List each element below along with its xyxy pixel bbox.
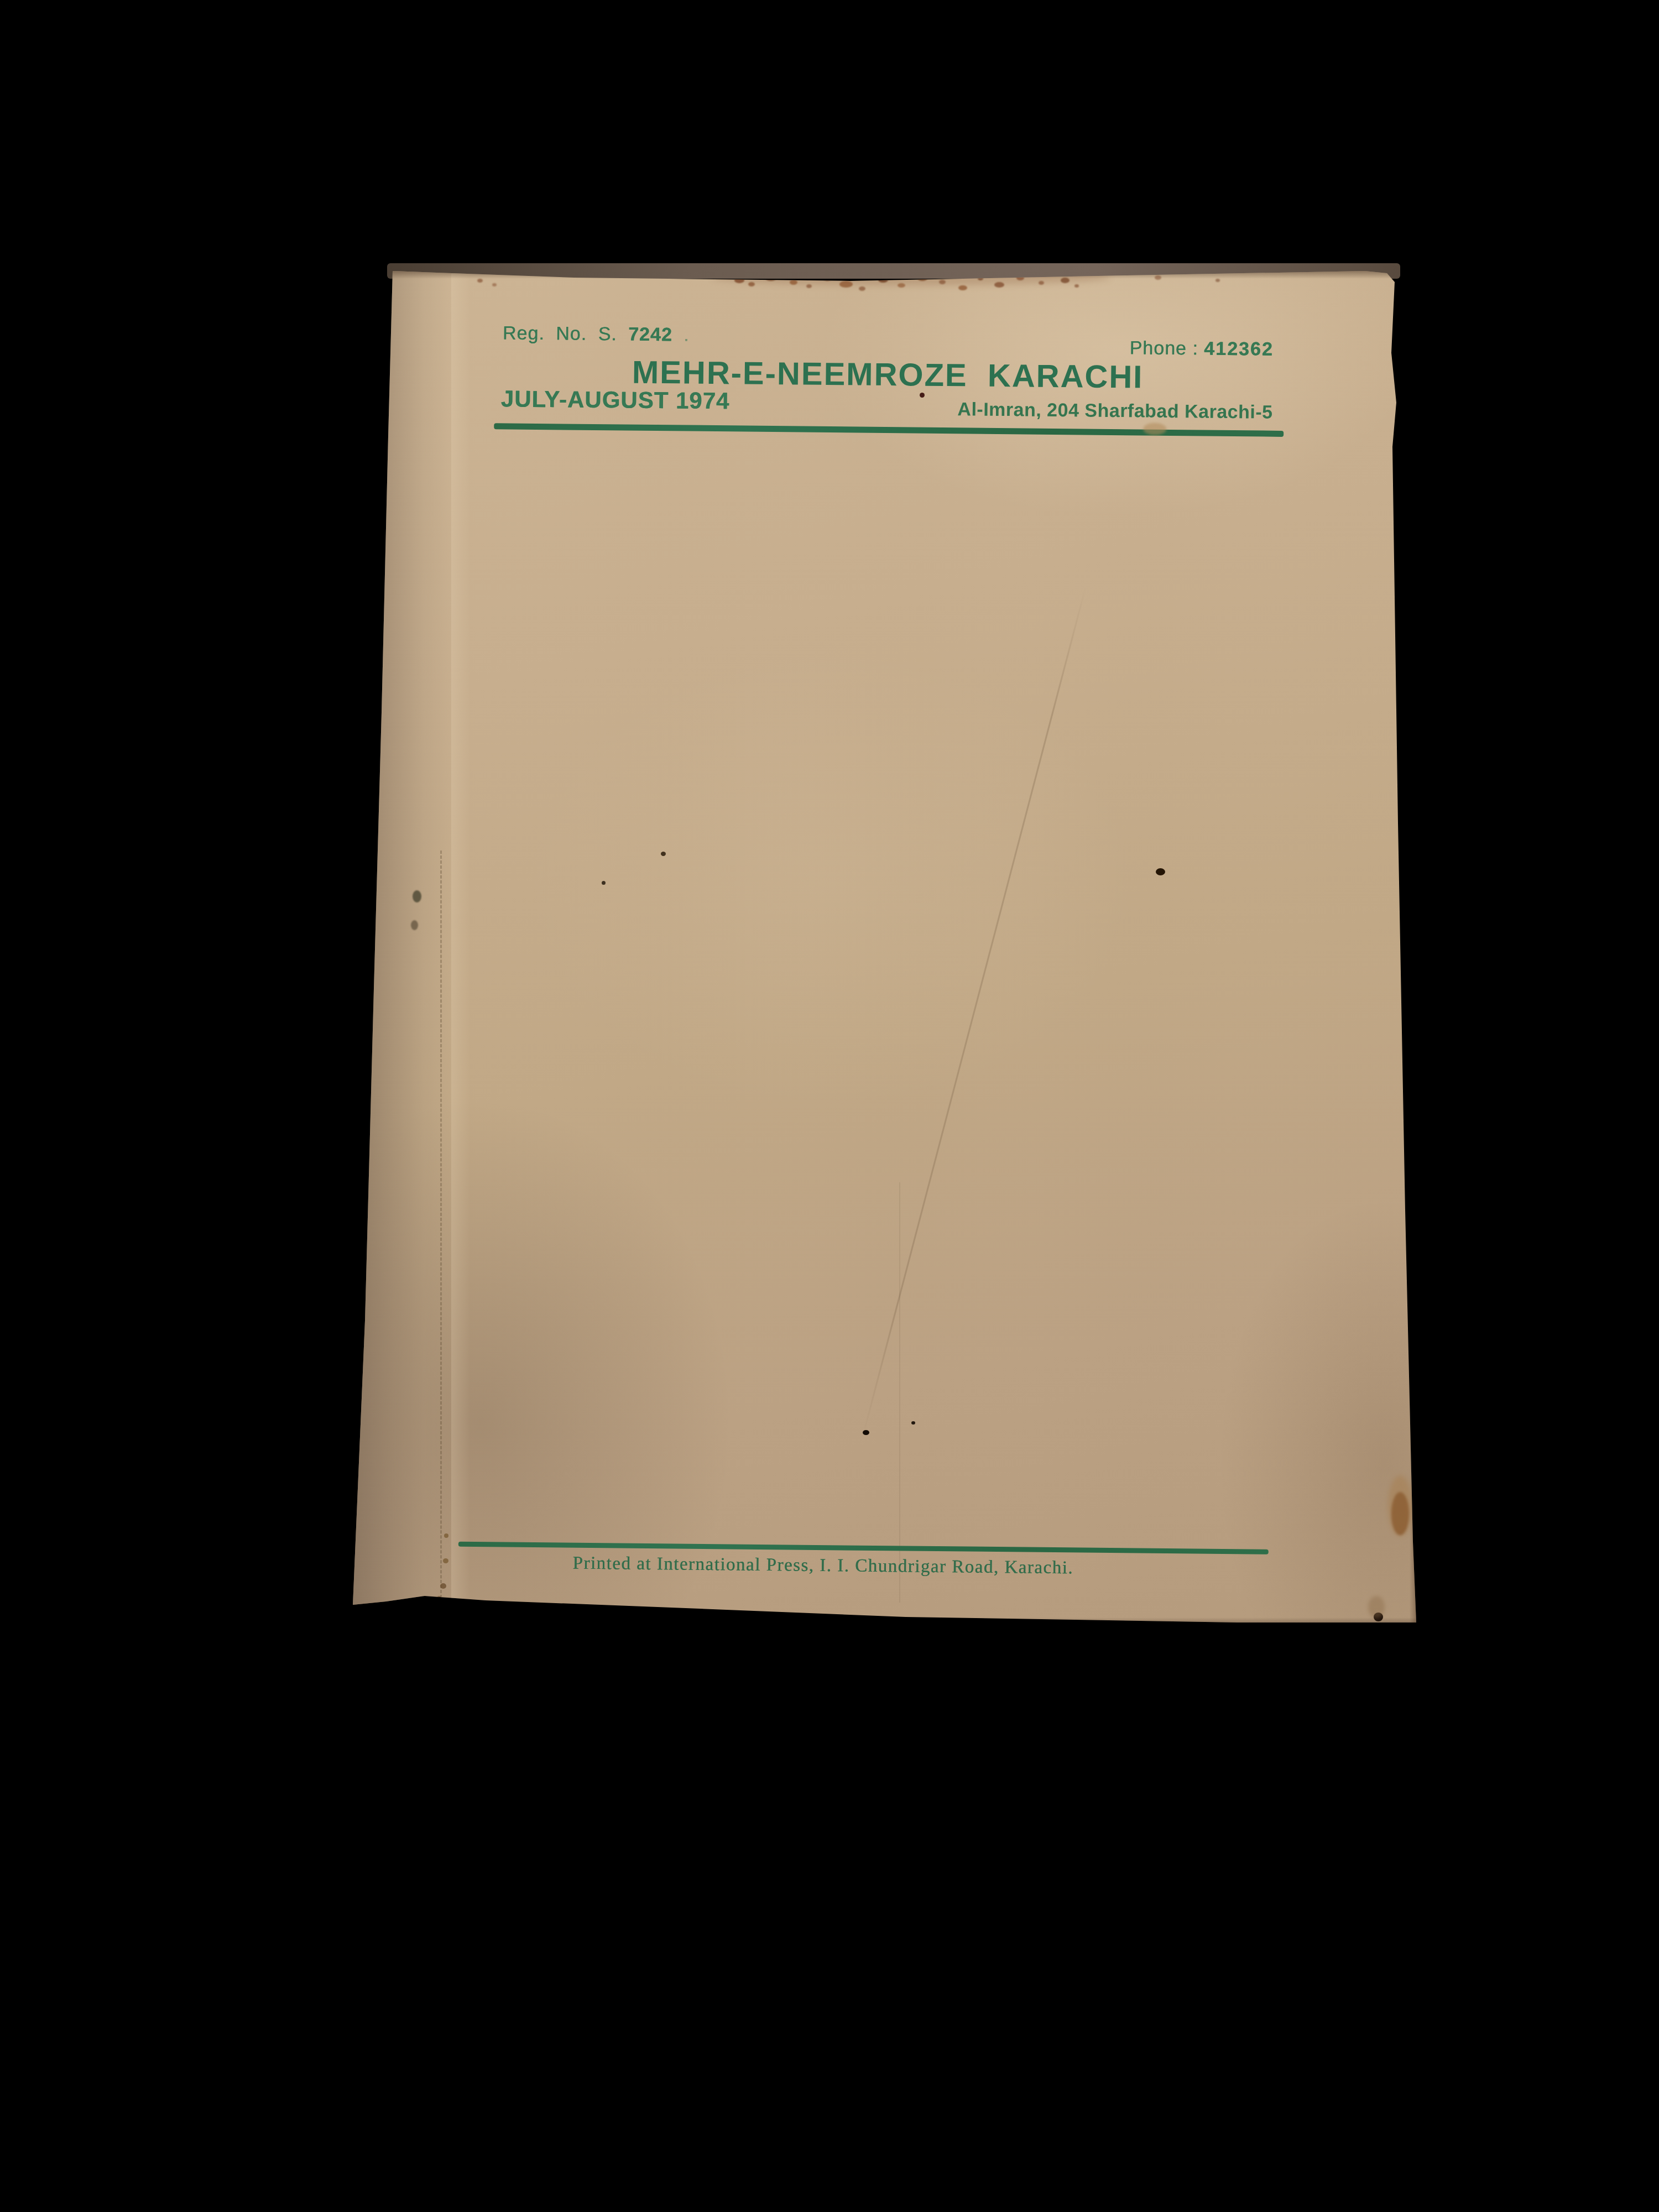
page-right-edge-shadow	[1410, 270, 1416, 1625]
stain-speck	[994, 282, 1004, 288]
stain-speck	[939, 280, 946, 284]
stain-on-rule	[1143, 423, 1166, 435]
phone-label: Phone :	[1129, 337, 1198, 359]
stain-speck	[1215, 279, 1220, 282]
issue-date: JULY-AUGUST 1974	[500, 385, 729, 414]
stain-speck	[1156, 868, 1165, 875]
stain-speck	[437, 1596, 441, 1600]
stain-speck	[748, 282, 755, 286]
stain-speck	[602, 881, 606, 885]
stain-speck	[839, 281, 853, 288]
stain-speck	[911, 1421, 915, 1425]
stain-speck	[443, 1558, 448, 1563]
stain-speck	[661, 852, 666, 856]
stain-speck	[1368, 1596, 1385, 1618]
reg-label: Reg. No. S.	[503, 322, 617, 345]
stain-speck	[920, 393, 925, 398]
stain-speck	[1039, 281, 1044, 285]
reg-value: 7242	[628, 324, 672, 346]
stain-speck	[859, 286, 865, 291]
phone-value: 412362	[1204, 338, 1274, 360]
stain-speck	[1061, 278, 1070, 283]
stain-speck	[492, 283, 497, 286]
stain-speck	[411, 920, 418, 930]
magazine-back-cover: Reg. No. S. 7242 . Phone : 412362 MEHR-E…	[353, 270, 1416, 1625]
stain-speck	[790, 280, 797, 285]
stain-speck	[1155, 275, 1161, 280]
footer-rule	[458, 1542, 1269, 1554]
stain-speck	[1388, 1475, 1412, 1536]
stain-speck	[444, 1533, 448, 1538]
stain-speck	[863, 1430, 869, 1435]
stain-speck	[477, 279, 483, 283]
stain-speck	[958, 285, 967, 290]
photo-background: Reg. No. S. 7242 . Phone : 412362 MEHR-E…	[0, 0, 1659, 2212]
printer-imprint: Printed at International Press, I. I. Ch…	[572, 1553, 1181, 1580]
printed-content: Reg. No. S. 7242 . Phone : 412362 MEHR-E…	[340, 265, 1416, 1630]
stain-speck	[440, 1583, 446, 1589]
phone-number: Phone : 412362	[960, 336, 1273, 360]
registration-number: Reg. No. S. 7242 .	[503, 322, 690, 346]
reg-trailing-dot: .	[672, 324, 690, 345]
publisher-address: Al-Imran, 204 Sharfabad Karachi-5	[904, 398, 1272, 423]
stain-speck	[898, 283, 905, 288]
stain-speck	[806, 284, 812, 288]
stain-speck	[1074, 284, 1079, 288]
stain-speck	[413, 890, 421, 902]
